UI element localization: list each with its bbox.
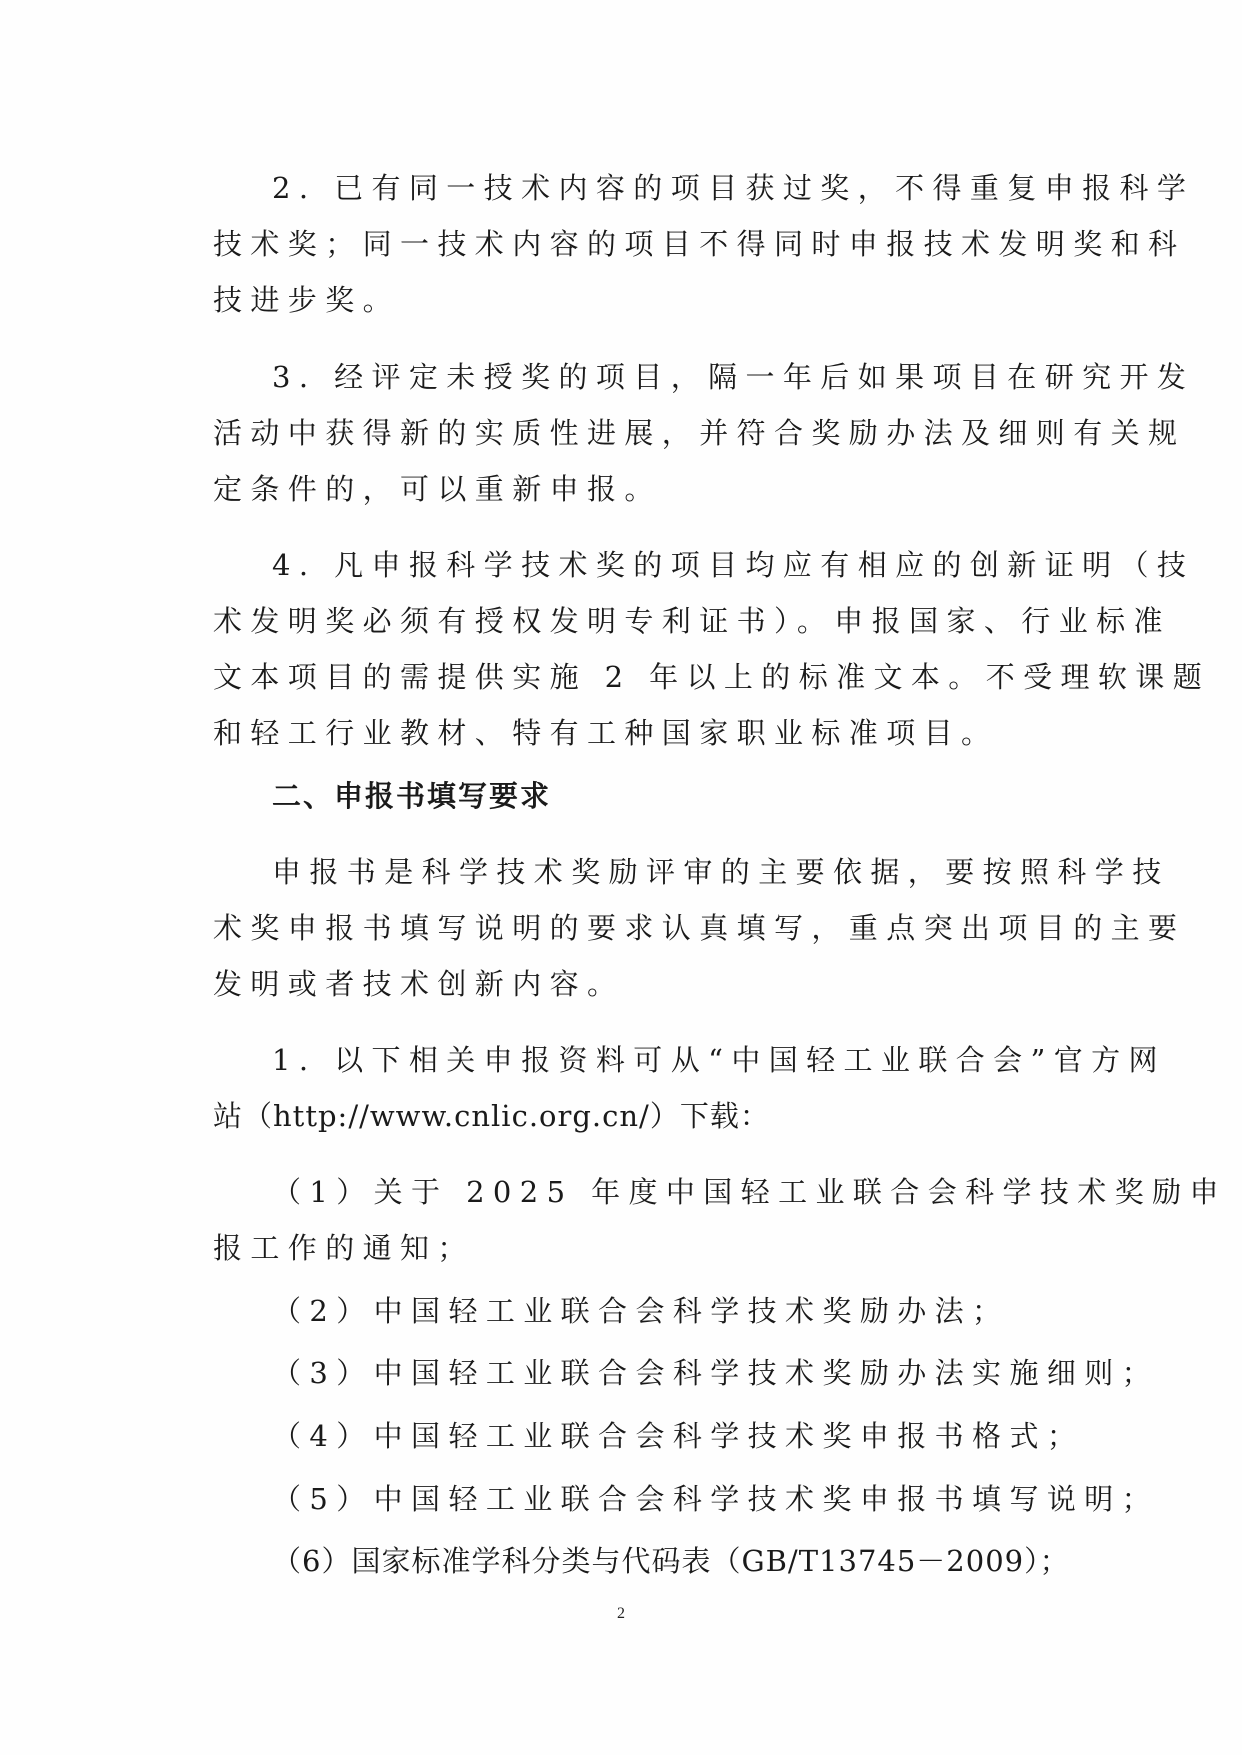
- paragraph-line: 申报书是科学技术奖励评审的主要依据，要按照科学技: [272, 852, 1132, 892]
- section-heading: 二、申报书填写要求: [272, 776, 1132, 816]
- paragraph-line: 定条件的，可以重新申报。: [213, 469, 1073, 509]
- paragraph-line: 术奖申报书填写说明的要求认真填写，重点突出项目的主要: [213, 908, 1073, 948]
- paragraph-line: 技术奖；同一技术内容的项目不得同时申报技术发明奖和科: [213, 224, 1073, 264]
- paragraph-line: 3. 经评定未授奖的项目，隔一年后如果项目在研究开发: [272, 357, 1132, 397]
- paragraph-line: 文本项目的需提供实施 2 年以上的标准文本。不受理软课题: [213, 657, 1073, 697]
- paragraph-line: 技进步奖。: [213, 280, 1073, 320]
- page-number: 2: [0, 1605, 1242, 1623]
- list-item: （4）中国轻工业联合会科学技术奖申报书格式；: [272, 1416, 1132, 1456]
- paragraph-line: 2. 已有同一技术内容的项目获过奖，不得重复申报科学: [272, 168, 1132, 208]
- paragraph-line: 和轻工行业教材、特有工种国家职业标准项目。: [213, 713, 1073, 753]
- paragraph-line: 4. 凡申报科学技术奖的项目均应有相应的创新证明（技: [272, 545, 1132, 585]
- list-item: （6）国家标准学科分类与代码表（GB/T13745－2009）；: [272, 1541, 1132, 1581]
- paragraph-line: 发明或者技术创新内容。: [213, 964, 1073, 1004]
- paragraph-line: 活动中获得新的实质性进展，并符合奖励办法及细则有关规: [213, 413, 1073, 453]
- list-item: （2）中国轻工业联合会科学技术奖励办法；: [272, 1291, 1132, 1331]
- paragraph-line: 站（http://www.cnlic.org.cn/）下载：: [213, 1096, 1073, 1136]
- list-item: （3）中国轻工业联合会科学技术奖励办法实施细则；: [272, 1353, 1132, 1393]
- paragraph-line: 1. 以下相关申报资料可从“中国轻工业联合会”官方网: [272, 1040, 1132, 1080]
- paragraph-line: 术发明奖必须有授权发明专利证书）。申报国家、行业标准: [213, 601, 1073, 641]
- list-item: （5）中国轻工业联合会科学技术奖申报书填写说明；: [272, 1479, 1132, 1519]
- list-item: （1）关于 2025 年度中国轻工业联合会科学技术奖励申: [272, 1172, 1132, 1212]
- document-page: 2. 已有同一技术内容的项目获过奖，不得重复申报科学 技术奖；同一技术内容的项目…: [0, 0, 1242, 1755]
- list-item: 报工作的通知；: [213, 1228, 1073, 1268]
